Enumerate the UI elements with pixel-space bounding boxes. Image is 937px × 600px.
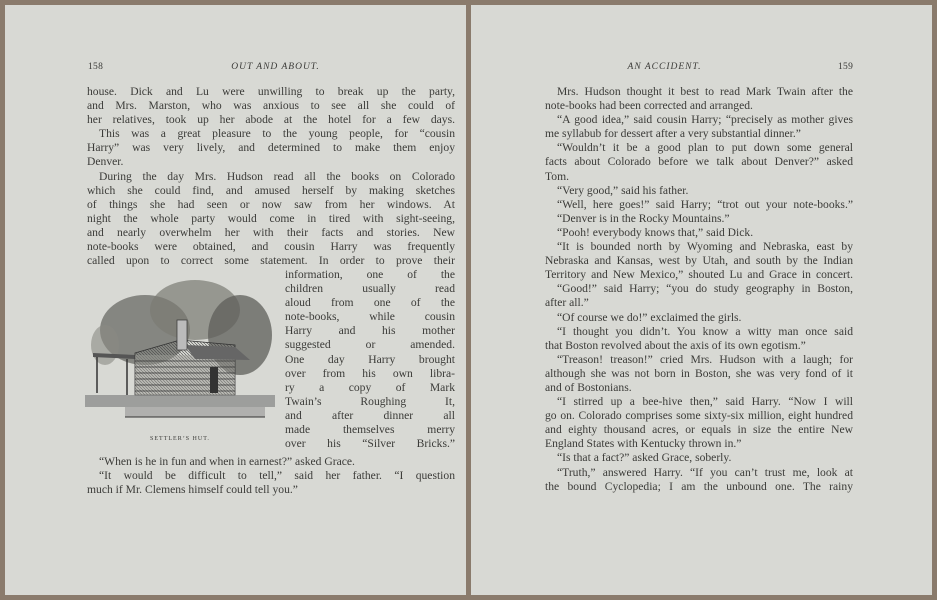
text-line: that Boston revolved about the axis of i… — [545, 339, 853, 353]
text-line: Tom. — [545, 170, 853, 184]
left-side-text: information, one of thechildren usually … — [285, 268, 455, 451]
text-line: facts about Colorado before we talk abou… — [545, 155, 853, 169]
running-head-right: AN ACCIDENT. — [471, 62, 858, 72]
text-line: “It is bounded north by Wyoming and Nebr… — [545, 240, 853, 254]
text-line: “Treason! treason!” cried Mrs. Hudson wi… — [545, 353, 853, 367]
text-line: made themselves merry — [285, 423, 455, 437]
text-line: although she was not born in Boston, she… — [545, 367, 853, 381]
text-line: One day Harry brought — [285, 353, 455, 367]
text-line: England States with Kentucky thrown in.” — [545, 437, 853, 451]
text-line: note-books, while cousin — [285, 310, 455, 324]
text-line: Mrs. Hudson thought it best to read Mark… — [545, 85, 853, 99]
text-line: “Well, here goes!” said Harry; “trot out… — [545, 198, 853, 212]
text-line: which she could find, and amused herself… — [87, 184, 455, 198]
text-line: “Pooh! everybody knows that,” said Dick. — [545, 226, 853, 240]
text-line: children usually read — [285, 282, 455, 296]
text-line: note-books were obtained, and cousin Har… — [87, 240, 455, 254]
settlers-hut-illustration — [85, 275, 275, 425]
running-head-left: OUT AND ABOUT. — [0, 62, 551, 72]
text-line: over his “Silver Bricks.” — [285, 437, 455, 451]
text-line: called upon to correct some statement. I… — [87, 254, 455, 268]
text-line: “A good idea,” said cousin Harry; “preci… — [545, 113, 853, 127]
text-line: Harry” was very lively, and determined t… — [87, 141, 455, 155]
right-body-text: Mrs. Hudson thought it best to read Mark… — [545, 85, 853, 494]
text-line: ry a copy of Mark — [285, 381, 455, 395]
left-bottom-text: “When is he in fun and when in earnest?”… — [87, 455, 455, 497]
text-line: “Truth,” answered Harry. “If you can’t t… — [545, 466, 853, 480]
log-cabin-engraving-icon — [85, 275, 275, 425]
text-line: after all.” — [545, 296, 853, 310]
text-line: “Good!” said Harry; “you do study geogra… — [545, 282, 853, 296]
text-line: Twain’s Roughing It, — [285, 395, 455, 409]
page-number-right: 159 — [838, 62, 853, 72]
text-line: “When is he in fun and when in earnest?”… — [87, 455, 455, 469]
text-line: suggested or amended. — [285, 338, 455, 352]
text-line: Harry and his mother — [285, 324, 455, 338]
text-line: “Very good,” said his father. — [545, 184, 853, 198]
text-line: “I thought you didn’t. You know a witty … — [545, 325, 853, 339]
illustration-caption: SETTLER’S HUT. — [85, 436, 275, 442]
text-line: and eighty thousand acres, or equals in … — [545, 423, 853, 437]
text-line: “I stirred up a bee-hive then,” said Har… — [545, 395, 853, 409]
text-line: aloud from one of the — [285, 296, 455, 310]
text-line: and nearly overwhelm her with their fact… — [87, 226, 455, 240]
text-line: and of Bostonians. — [545, 381, 853, 395]
text-line: of things she had seen or now saw from h… — [87, 198, 455, 212]
text-line: me syllabub for dessert after a very sub… — [545, 127, 853, 141]
text-line: information, one of the — [285, 268, 455, 282]
left-body-text: house. Dick and Lu were unwilling to bre… — [87, 85, 455, 268]
text-line: house. Dick and Lu were unwilling to bre… — [87, 85, 455, 99]
text-line: Nebraska and Kansas, west by Utah, and s… — [545, 254, 853, 268]
text-line: note-books had been corrected and arrang… — [545, 99, 853, 113]
text-line: night the whole party would come in tire… — [87, 212, 455, 226]
text-line: over from his own libra- — [285, 367, 455, 381]
text-line: “Wouldn’t it be a good plan to put down … — [545, 141, 853, 155]
text-line: Territory and New Mexico,” shouted Lu an… — [545, 268, 853, 282]
text-line: and Mrs. Marston, who was anxious to see… — [87, 99, 455, 113]
text-line: her relatives, took up her abode at the … — [87, 113, 455, 127]
text-line: During the day Mrs. Hudson read all the … — [87, 170, 455, 184]
text-line: “It would be difficult to tell,” said he… — [87, 469, 455, 483]
text-line: and after dinner all — [285, 409, 455, 423]
text-line: the bound Cyclopedia; I am the unbound o… — [545, 480, 853, 494]
text-line: “Denver is in the Rocky Mountains.” — [545, 212, 853, 226]
text-line: This was a great pleasure to the young p… — [87, 127, 455, 141]
text-line: go on. Colorado comprises some sixty-six… — [545, 409, 853, 423]
text-line: Denver. — [87, 155, 455, 169]
text-line: “Of course we do!” exclaimed the girls. — [545, 311, 853, 325]
text-line: much if Mr. Clemens himself could tell y… — [87, 483, 455, 497]
text-line: “Is that a fact?” asked Grace, soberly. — [545, 451, 853, 465]
